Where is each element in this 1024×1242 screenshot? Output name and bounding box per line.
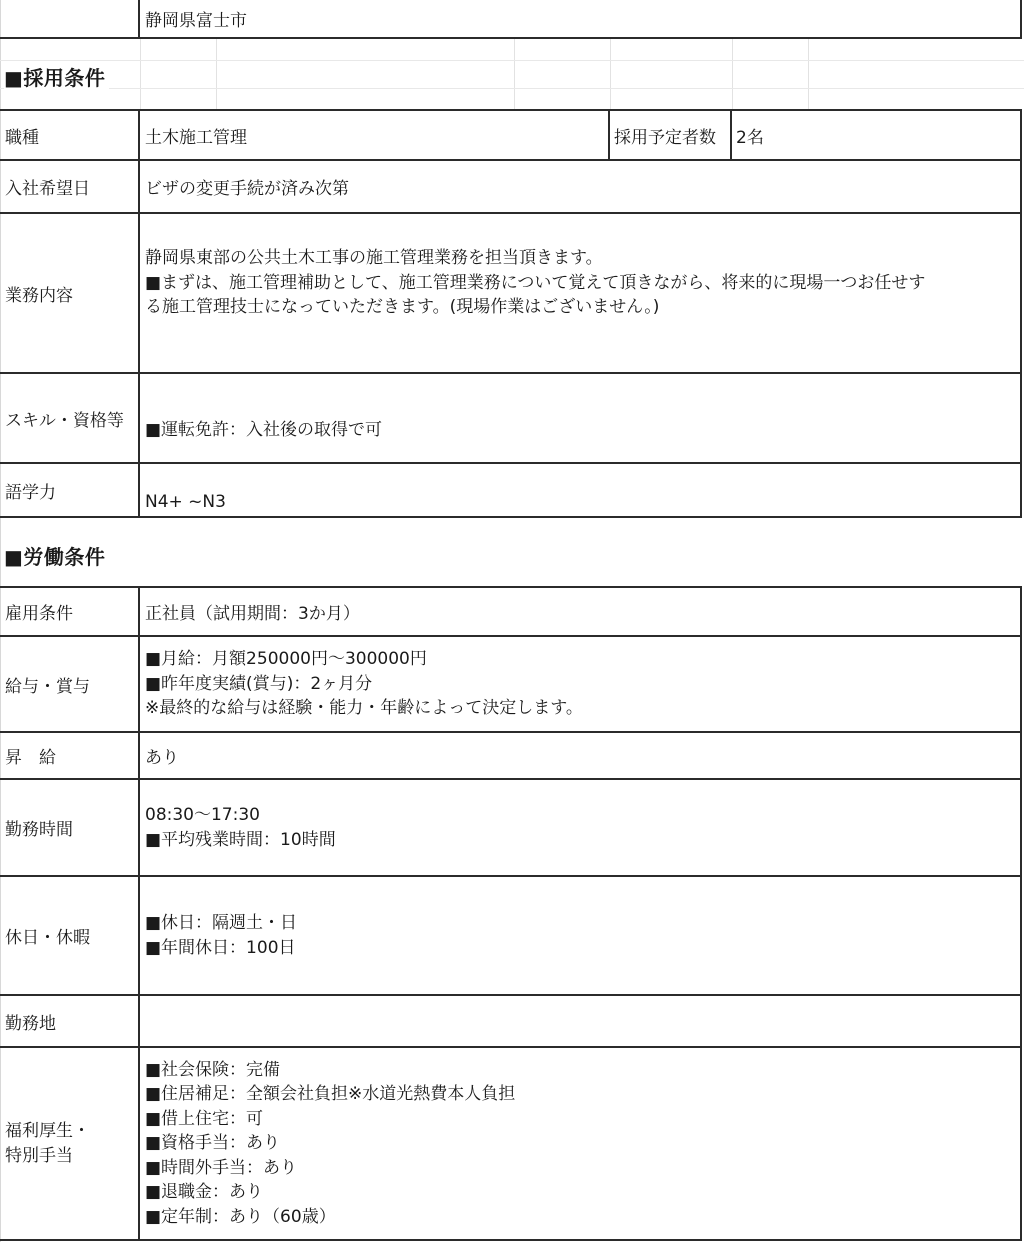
raise-label: 昇 給 [0,733,140,778]
gridline [514,39,515,110]
salary-value: ■月給：月額250000円～300000円 ■昨年度実績(賞与)：2ヶ月分 ※最… [140,637,1022,731]
salary-line: ■月給：月額250000円～300000円 [145,647,427,672]
duties-line: る施工管理技士になっていただきます。(現場作業はございません。) [145,295,659,320]
benefits-row: 福利厚生・ 特別手当 ■社会保険：完備 ■住居補足：全額会社負担※水道光熱費本人… [0,1048,1022,1241]
start-date-row: 入社希望日 ビザの変更手続が済み次第 [0,161,1022,214]
benefits-value: ■社会保険：完備 ■住居補足：全額会社負担※水道光熱費本人負担 ■借上住宅：可 … [140,1048,1022,1239]
skills-row: スキル・資格等 ■運転免許：入社後の取得で可 [0,374,1022,464]
duties-value: 静岡県東部の公共土木工事の施工管理業務を担当頂きます。 ■まずは、施工管理補助と… [140,214,1022,372]
benefits-line: ■資格手当：あり [145,1131,280,1156]
job-type-value: 土木施工管理 [140,111,610,159]
benefits-line: ■時間外手当：あり [145,1156,297,1181]
benefits-line: ■定年制：あり（60歳） [145,1205,336,1230]
labor-section-header: ■労働条件 [0,518,1024,587]
benefits-label-line: 特別手当 [5,1144,73,1169]
location-value: 静岡県富士市 [140,0,1022,37]
workplace-row: 勤務地 [0,996,1022,1048]
skills-label: スキル・資格等 [0,374,140,462]
raise-row: 昇 給 あり [0,733,1022,780]
location-row: 静岡県富士市 [0,0,1022,39]
holidays-value: ■休日：隔週土・日 ■年間休日：100日 [140,877,1022,994]
salary-line: ※最終的な給与は経験・能力・年齢によって決定します。 [145,696,583,721]
duties-label: 業務内容 [0,214,140,372]
start-date-label: 入社希望日 [0,161,140,212]
salary-line: ■昨年度実績(賞与)：2ヶ月分 [145,672,372,697]
language-label: 語学力 [0,464,140,516]
recruit-section-header: ■採用条件 [0,39,1024,110]
employment-label: 雇用条件 [0,588,140,635]
hours-row: 勤務時間 08:30～17:30 ■平均残業時間：10時間 [0,780,1022,877]
gridline [610,39,611,110]
gridline [140,39,141,110]
gridline [216,39,217,110]
job-spec-sheet: 静岡県富士市 ■採用条件 職種 土木施工管理 採用予定者数 2名 入社希望日 ビ… [0,0,1024,1242]
gridline [808,39,809,110]
hours-value: 08:30～17:30 ■平均残業時間：10時間 [140,780,1022,875]
duties-line: ■まずは、施工管理補助として、施工管理業務について覚えて頂きながら、将来的に現場… [145,271,925,296]
raise-value: あり [140,733,1022,778]
holidays-line: ■年間休日：100日 [145,936,296,961]
holidays-row: 休日・休暇 ■休日：隔週土・日 ■年間休日：100日 [0,877,1022,996]
holidays-label: 休日・休暇 [0,877,140,994]
gridline [0,88,1024,89]
section-title-recruit: ■採用条件 [4,62,109,91]
benefits-label-line: 福利厚生・ [5,1119,90,1144]
hours-line: ■平均残業時間：10時間 [145,828,336,853]
benefits-line: ■借上住宅：可 [145,1107,263,1132]
language-value: N4+ ~N3 [140,464,1022,516]
headcount-value: 2名 [732,111,1022,159]
job-type-label: 職種 [0,111,140,159]
language-row: 語学力 N4+ ~N3 [0,464,1022,518]
workplace-label: 勤務地 [0,996,140,1046]
benefits-line: ■退職金：あり [145,1180,263,1205]
job-type-row: 職種 土木施工管理 採用予定者数 2名 [0,109,1022,161]
gridline [732,39,733,110]
hours-label: 勤務時間 [0,780,140,875]
benefits-label: 福利厚生・ 特別手当 [0,1048,140,1239]
employment-value: 正社員（試用期間：3か月） [140,588,1022,635]
workplace-value [140,996,1022,1046]
benefits-line: ■住居補足：全額会社負担※水道光熱費本人負担 [145,1082,515,1107]
salary-label: 給与・賞与 [0,637,140,731]
duties-line: 静岡県東部の公共土木工事の施工管理業務を担当頂きます。 [145,246,603,271]
location-label [0,0,140,37]
hours-line: 08:30～17:30 [145,803,260,828]
employment-row: 雇用条件 正社員（試用期間：3か月） [0,586,1022,637]
start-date-value: ビザの変更手続が済み次第 [140,161,1022,212]
duties-row: 業務内容 静岡県東部の公共土木工事の施工管理業務を担当頂きます。 ■まずは、施工… [0,214,1022,374]
holidays-line: ■休日：隔週土・日 [145,911,297,936]
skills-value: ■運転免許：入社後の取得で可 [140,374,1022,462]
salary-row: 給与・賞与 ■月給：月額250000円～300000円 ■昨年度実績(賞与)：2… [0,637,1022,733]
benefits-line: ■社会保険：完備 [145,1058,280,1083]
section-title-labor: ■労働条件 [4,541,105,570]
headcount-label: 採用予定者数 [610,111,732,159]
gridline [0,60,1024,61]
